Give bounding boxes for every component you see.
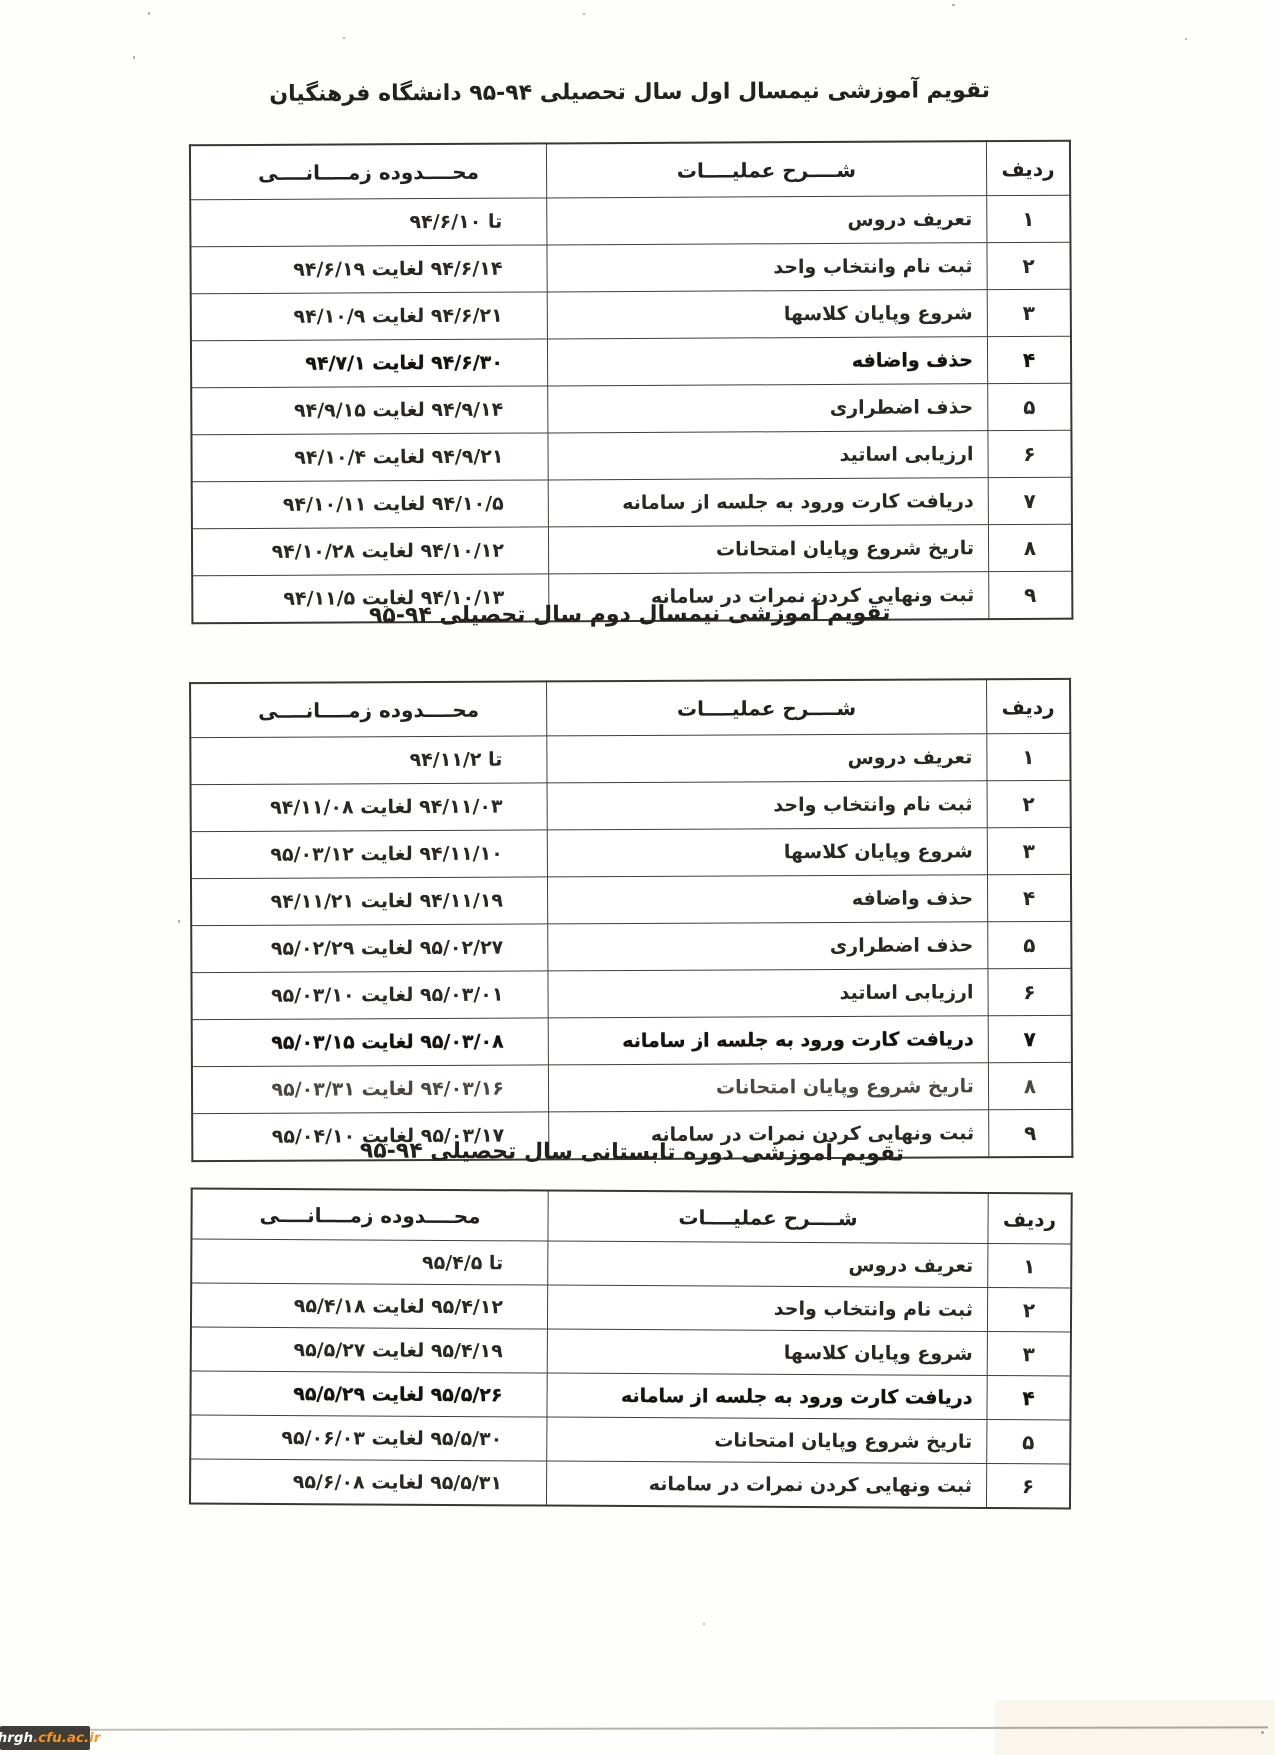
calendar-table-summer-term: ردیف شــــرح عملیــــات محــــدوده زمـــ… xyxy=(189,1188,1073,1510)
table-row: ۳ شروع وپایان کلاسها ۹۴/۱۱/۱۰ لغایت ۹۵/۰… xyxy=(191,827,1071,878)
time-range-cell: ۹۴/۱۱/۱۰ لغایت ۹۵/۰۳/۱۲ xyxy=(191,830,548,879)
table-row: ۱ تعریف دروس تا ۹۵/۴/۵ xyxy=(191,1239,1071,1288)
time-range-cell: ۹۴/۱۱/۰۳ لغایت ۹۴/۱۱/۰۸ xyxy=(191,783,548,832)
table-row: ۳ شروع وپایان کلاسها ۹۴/۶/۲۱ لغایت ۹۴/۱۰… xyxy=(191,289,1071,341)
operation-cell: ثبت نام وانتخاب واحد xyxy=(547,243,987,292)
time-range-cell: ۹۵/۴/۱۲ لغایت ۹۵/۴/۱۸ xyxy=(191,1283,548,1329)
operation-cell: ثبت ونهایی کردن نمرات در سامانه xyxy=(546,1461,986,1508)
table-row: ۵ حذف اضطراری ۹۴/۹/۱۴ لغایت ۹۴/۹/۱۵ xyxy=(191,383,1071,435)
operation-cell: حذف واضافه xyxy=(547,875,987,924)
operation-cell: تعریف دروس xyxy=(547,734,987,783)
row-number: ۱ xyxy=(987,733,1071,780)
row-number: ۵ xyxy=(988,383,1072,430)
table-row: ۴ حذف واضافه ۹۴/۶/۳۰ لغایت ۹۴/۷/۱ xyxy=(191,336,1071,388)
header-row: ردیف شــــرح عملیــــات محــــدوده زمـــ… xyxy=(191,1189,1071,1244)
header-row: ردیف شــــرح عملیــــات محــــدوده زمـــ… xyxy=(190,141,1070,200)
row-number: ۲ xyxy=(987,242,1071,289)
time-range-cell: ۹۵/۵/۳۰ لغایت ۹۵/۰۶/۰۳ xyxy=(190,1415,547,1461)
operation-cell: تعریف دروس xyxy=(547,196,987,245)
time-range-cell: ۹۵/۵/۳۱ لغایت ۹۵/۶/۰۸ xyxy=(190,1459,547,1505)
scanned-document-page: { "page": { "watermark": { "prefix": "sh… xyxy=(0,0,1275,1755)
table-row: ۱ تعریف دروس تا ۹۴/۶/۱۰ xyxy=(190,195,1070,247)
watermark-prefix: shrgh xyxy=(0,1726,33,1750)
operation-cell: تاریخ شروع وپایان امتحانات xyxy=(548,525,988,574)
row-number: ۴ xyxy=(987,1375,1071,1419)
table-row: ۸ تاریخ شروع وپایان امتحانات ۹۴/۱۰/۱۲ لغ… xyxy=(192,524,1072,576)
col-header-row-number: ردیف xyxy=(986,141,1070,196)
time-range-cell: ۹۴/۹/۱۴ لغایت ۹۴/۹/۱۵ xyxy=(191,386,548,435)
scan-speck xyxy=(583,13,585,15)
table-row: ۷ دریافت کارت ورود به جلسه از سامانه ۹۴/… xyxy=(192,477,1072,529)
row-number: ۳ xyxy=(987,827,1071,874)
col-header-operation: شــــرح عملیــــات xyxy=(548,1191,988,1244)
operation-cell: ثبت نام وانتخاب واحد xyxy=(547,781,987,830)
operation-cell: تعریف دروس xyxy=(548,1241,988,1287)
calendar-table-second-semester: ردیف شــــرح عملیــــات محــــدوده زمـــ… xyxy=(189,678,1073,1162)
table-row: ۶ ثبت ونهایی کردن نمرات در سامانه ۹۵/۵/۳… xyxy=(190,1459,1070,1508)
operation-cell: ارزیابی اساتید xyxy=(548,969,988,1018)
col-header-operation: شــــرح عملیــــات xyxy=(546,679,986,736)
operation-cell: شروع وپایان کلاسها xyxy=(547,290,987,339)
row-number: ۶ xyxy=(988,968,1072,1015)
table-row: ۴ حذف واضافه ۹۴/۱۱/۱۹ لغایت ۹۴/۱۱/۲۱ xyxy=(191,874,1071,925)
row-number: ۴ xyxy=(987,336,1071,383)
row-number: ۴ xyxy=(987,874,1071,921)
calendar-table-first-semester: ردیف شــــرح عملیــــات محــــدوده زمـــ… xyxy=(189,140,1074,625)
scan-speck xyxy=(133,56,135,59)
table-row: ۳ شروع وپایان کلاسها ۹۵/۴/۱۹ لغایت ۹۵/۵/… xyxy=(191,1327,1071,1376)
row-number: ۵ xyxy=(988,921,1072,968)
time-range-cell: تا ۹۴/۱۱/۲ xyxy=(190,736,547,785)
operation-cell: ارزیابی اساتید xyxy=(548,431,988,480)
row-number: ۶ xyxy=(986,1463,1070,1508)
operation-cell: حذف اضطراری xyxy=(548,922,988,971)
time-range-cell: ۹۴/۶/۲۱ لغایت ۹۴/۱۰/۹ xyxy=(191,292,548,341)
time-range-cell: ۹۴/۱۱/۱۹ لغایت ۹۴/۱۱/۲۱ xyxy=(191,877,548,926)
row-number: ۱ xyxy=(987,195,1071,242)
operation-cell: دریافت کارت ورود به جلسه از سامانه xyxy=(548,1016,988,1065)
scan-speck xyxy=(343,37,345,39)
operation-cell: تاریخ شروع وپایان امتحانات xyxy=(547,1417,987,1463)
col-header-operation: شــــرح عملیــــات xyxy=(546,141,986,198)
operation-cell: حذف اضطراری xyxy=(548,384,988,433)
operation-cell: شروع وپایان کلاسها xyxy=(547,828,987,877)
operation-cell: حذف واضافه xyxy=(547,337,987,386)
header-row: ردیف شــــرح عملیــــات محــــدوده زمـــ… xyxy=(190,679,1070,738)
table-row: ۵ حذف اضطراری ۹۵/۰۲/۲۷ لغایت ۹۵/۰۲/۲۹ xyxy=(191,921,1071,972)
watermark-suffix: .cfu.ac.ir xyxy=(33,1726,100,1750)
scan-speck xyxy=(703,1623,705,1625)
time-range-cell: ۹۵/۴/۱۹ لغایت ۹۵/۵/۲۷ xyxy=(191,1327,548,1373)
operation-cell: دریافت کارت ورود به جلسه از سامانه xyxy=(548,478,988,527)
row-number: ۵ xyxy=(987,1419,1071,1463)
row-number: ۸ xyxy=(988,524,1072,571)
row-number: ۸ xyxy=(988,1062,1072,1109)
watermark-badge: shrgh.cfu.ac.ir xyxy=(0,1726,90,1750)
scan-speck xyxy=(1185,38,1187,40)
row-number: ۱ xyxy=(988,1243,1072,1287)
row-number: ۲ xyxy=(987,780,1071,827)
table-row: ۲ ثبت نام وانتخاب واحد ۹۴/۶/۱۴ لغایت ۹۴/… xyxy=(190,242,1070,294)
table-row: ۱ تعریف دروس تا ۹۴/۱۱/۲ xyxy=(190,733,1070,784)
time-range-cell: ۹۴/۹/۲۱ لغایت ۹۴/۱۰/۴ xyxy=(191,433,548,482)
time-range-cell: ۹۵/۰۳/۰۱ لغایت ۹۵/۰۳/۱۰ xyxy=(191,971,548,1020)
time-range-cell: تا ۹۵/۴/۵ xyxy=(191,1239,548,1285)
operation-cell: شروع وپایان کلاسها xyxy=(547,1329,987,1375)
table-row: ۵ تاریخ شروع وپایان امتحانات ۹۵/۵/۳۰ لغا… xyxy=(190,1415,1070,1464)
calendar-section-summer-term: تقویم آموزشی دوره تابستانی سال تحصیلی ۹۴… xyxy=(189,1134,1073,1510)
page-title-second-semester: تقویم آموزشی نیمسال دوم سال تحصیلی ۹۴-۹۵ xyxy=(189,596,1071,634)
scan-speck xyxy=(148,12,150,15)
col-header-row-number: ردیف xyxy=(986,679,1070,734)
time-range-cell: ۹۵/۵/۲۶ لغایت ۹۵/۵/۲۹ xyxy=(190,1371,547,1417)
calendar-section-second-semester: تقویم آموزشی نیمسال دوم سال تحصیلی ۹۴-۹۵… xyxy=(189,596,1074,1162)
row-number: ۷ xyxy=(988,477,1072,524)
page-title-summer-term: تقویم آموزشی دوره تابستانی سال تحصیلی ۹۴… xyxy=(191,1134,1073,1173)
row-number: ۳ xyxy=(987,1331,1071,1375)
time-range-cell: تا ۹۴/۶/۱۰ xyxy=(190,198,547,247)
scan-speck xyxy=(178,920,180,923)
table-row: ۸ تاریخ شروع وپایان امتحانات ۹۴/۰۳/۱۶ لغ… xyxy=(192,1062,1072,1113)
time-range-cell: ۹۴/۱۰/۵ لغایت ۹۴/۱۰/۱۱ xyxy=(192,480,549,529)
time-range-cell: ۹۵/۰۲/۲۷ لغایت ۹۵/۰۲/۲۹ xyxy=(191,924,548,973)
page-title-first-semester: تقویم آموزشی نیمسال اول سال تحصیلی ۹۴-۹۵… xyxy=(189,74,1071,113)
row-number: ۷ xyxy=(988,1015,1072,1062)
operation-cell: تاریخ شروع وپایان امتحانات xyxy=(548,1063,988,1112)
operation-cell: ثبت نام وانتخاب واحد xyxy=(547,1285,987,1331)
table-row: ۲ ثبت نام وانتخاب واحد ۹۴/۱۱/۰۳ لغایت ۹۴… xyxy=(191,780,1071,831)
table-row: ۲ ثبت نام وانتخاب واحد ۹۵/۴/۱۲ لغایت ۹۵/… xyxy=(191,1283,1071,1332)
operation-cell: دریافت کارت ورود به جلسه از سامانه xyxy=(547,1373,987,1419)
row-number: ۲ xyxy=(987,1287,1071,1331)
table-row: ۷ دریافت کارت ورود به جلسه از سامانه ۹۵/… xyxy=(192,1015,1072,1066)
col-header-row-number: ردیف xyxy=(988,1193,1072,1244)
table-row: ۴ دریافت کارت ورود به جلسه از سامانه ۹۵/… xyxy=(190,1371,1070,1420)
time-range-cell: ۹۴/۱۰/۱۲ لغایت ۹۴/۱۰/۲۸ xyxy=(192,527,549,576)
col-header-time-range: محــــدوده زمــــانــــی xyxy=(190,143,547,199)
col-header-time-range: محــــدوده زمــــانــــی xyxy=(190,681,547,737)
row-number: ۳ xyxy=(987,289,1071,336)
col-header-time-range: محــــدوده زمــــانــــی xyxy=(191,1189,548,1241)
table-row: ۶ ارزیابی اساتید ۹۵/۰۳/۰۱ لغایت ۹۵/۰۳/۱۰ xyxy=(191,968,1071,1019)
time-range-cell: ۹۴/۶/۳۰ لغایت ۹۴/۷/۱ xyxy=(191,339,548,388)
time-range-cell: ۹۵/۰۳/۰۸ لغایت ۹۵/۰۳/۱۵ xyxy=(192,1018,549,1067)
table-row: ۶ ارزیابی اساتید ۹۴/۹/۲۱ لغایت ۹۴/۱۰/۴ xyxy=(191,430,1071,482)
row-number: ۶ xyxy=(988,430,1072,477)
time-range-cell: ۹۴/۶/۱۴ لغایت ۹۴/۶/۱۹ xyxy=(190,245,547,294)
calendar-section-first-semester: تقویم آموزشی نیمسال اول سال تحصیلی ۹۴-۹۵… xyxy=(189,74,1074,625)
time-range-cell: ۹۴/۰۳/۱۶ لغایت ۹۵/۰۳/۳۱ xyxy=(192,1065,549,1114)
scan-speck xyxy=(952,4,955,6)
